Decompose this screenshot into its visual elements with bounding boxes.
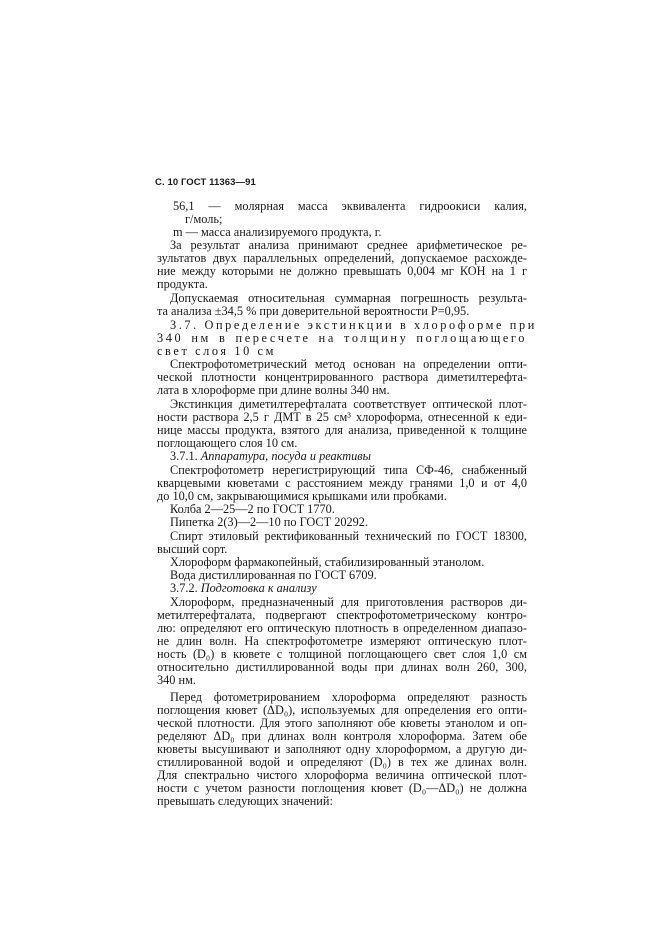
- document-page: С. 10 ГОСТ 11363—91 56,1 — молярная масс…: [0, 0, 661, 935]
- page-header: С. 10 ГОСТ 11363—91: [155, 177, 256, 188]
- text-line: продукта.: [157, 278, 527, 291]
- text-line: та анализа ±34,5 % при доверительной вер…: [157, 305, 527, 318]
- text-line: превышать следующих значений:: [157, 795, 527, 808]
- text-line: лата в хлороформе при длине волны 340 нм…: [157, 384, 527, 397]
- text-line: 56,1 — молярная масса эквивалента гидроо…: [173, 200, 527, 213]
- text-line: 340 нм.: [157, 674, 527, 687]
- text-line: 3.7.1. Аппаратура, посуда и реактивы: [170, 450, 527, 463]
- text-line: ние между которыми не должно превышать 0…: [157, 265, 527, 278]
- text-line: Пипетка 2(3)—2—10 по ГОСТ 20292.: [170, 516, 527, 529]
- text-line: 3.7.2. Подготовка к анализу: [170, 582, 527, 595]
- text-line: относительно дистиллированной воды при д…: [157, 661, 527, 674]
